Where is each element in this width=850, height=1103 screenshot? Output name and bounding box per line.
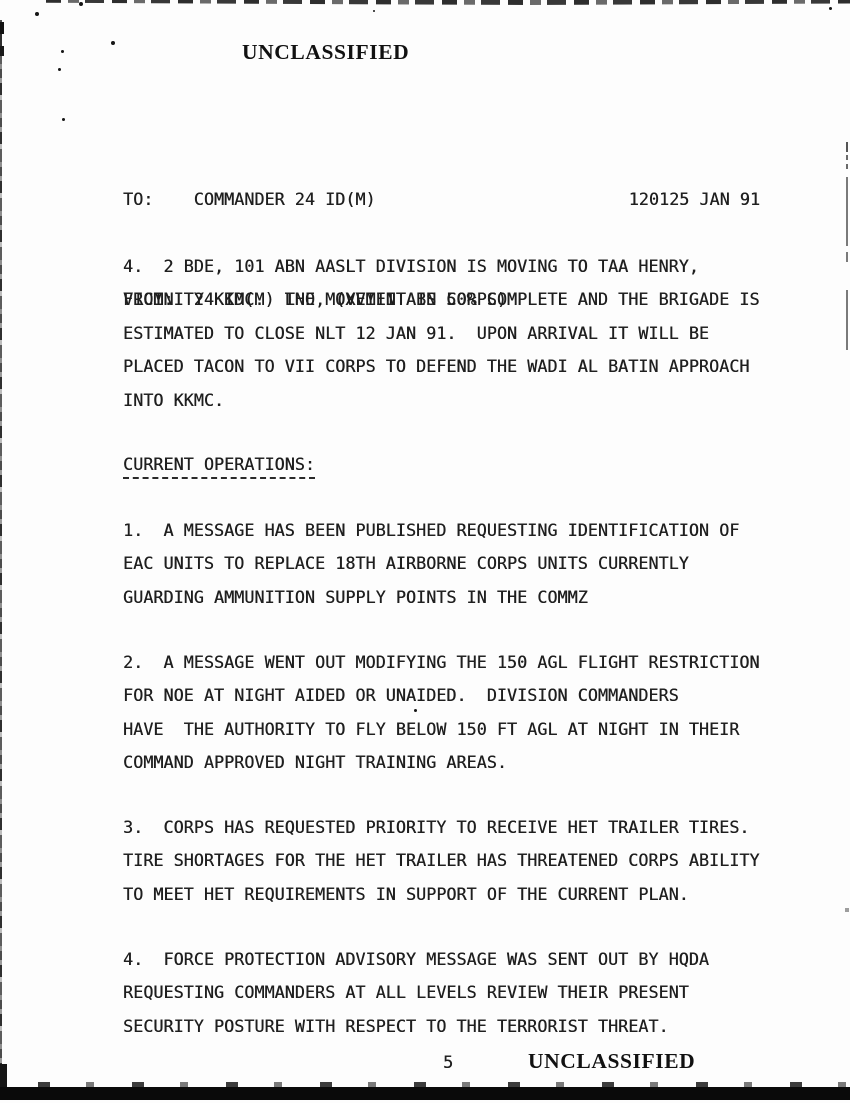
scan-speck (35, 12, 39, 16)
scan-artifact-right-edge (846, 290, 848, 350)
scan-artifact-bottom-edge (0, 1082, 850, 1087)
scanned-document-page: UNCLASSIFIED TO: COMMANDER 24 ID(M) 1201… (0, 0, 850, 1103)
scan-artifact-right-edge (845, 908, 849, 912)
paragraph-item-4: 4. FORCE PROTECTION ADVISORY MESSAGE WAS… (123, 943, 783, 1043)
scan-artifact-bottom-bar (0, 1087, 850, 1100)
scan-speck (111, 41, 115, 45)
section-heading-current-operations: CURRENT OPERATIONS: (123, 454, 315, 479)
scan-artifact-left-mark (0, 1064, 7, 1090)
scan-speck (829, 7, 832, 10)
scan-speck (58, 68, 61, 71)
section-heading-wrap: CURRENT OPERATIONS: (123, 454, 315, 479)
paragraph-item-3: 3. CORPS HAS REQUESTED PRIORITY TO RECEI… (123, 811, 783, 911)
scan-speck (373, 10, 375, 12)
paragraph-intro-4: 4. 2 BDE, 101 ABN AASLT DIVISION IS MOVI… (123, 250, 783, 417)
scan-artifact-right-edge (846, 177, 848, 246)
classification-header: UNCLASSIFIED (242, 40, 409, 65)
scan-artifact-top-edge (46, 0, 850, 5)
scan-speck (61, 50, 64, 53)
scan-speck (62, 118, 65, 121)
scan-artifact-left-mark (0, 46, 4, 56)
date-time-group: 120125 JAN 91 (629, 183, 760, 216)
classification-footer: UNCLASSIFIED (528, 1049, 695, 1074)
scan-speck (79, 2, 83, 6)
scan-artifact-right-edge (846, 252, 848, 262)
scan-artifact-left-mark (0, 22, 4, 34)
to-line: TO: COMMANDER 24 ID(M) (123, 183, 376, 216)
scan-artifact-right-edge (846, 155, 848, 173)
scan-artifact-right-edge (846, 142, 848, 152)
page-number: 5 (443, 1053, 453, 1073)
paragraph-item-1: 1. A MESSAGE HAS BEEN PUBLISHED REQUESTI… (123, 514, 783, 614)
paragraph-item-2: 2. A MESSAGE WENT OUT MODIFYING THE 150 … (123, 646, 783, 780)
to-row: TO: COMMANDER 24 ID(M) 120125 JAN 91 (123, 183, 760, 216)
scan-artifact-left-edge (0, 20, 2, 1090)
